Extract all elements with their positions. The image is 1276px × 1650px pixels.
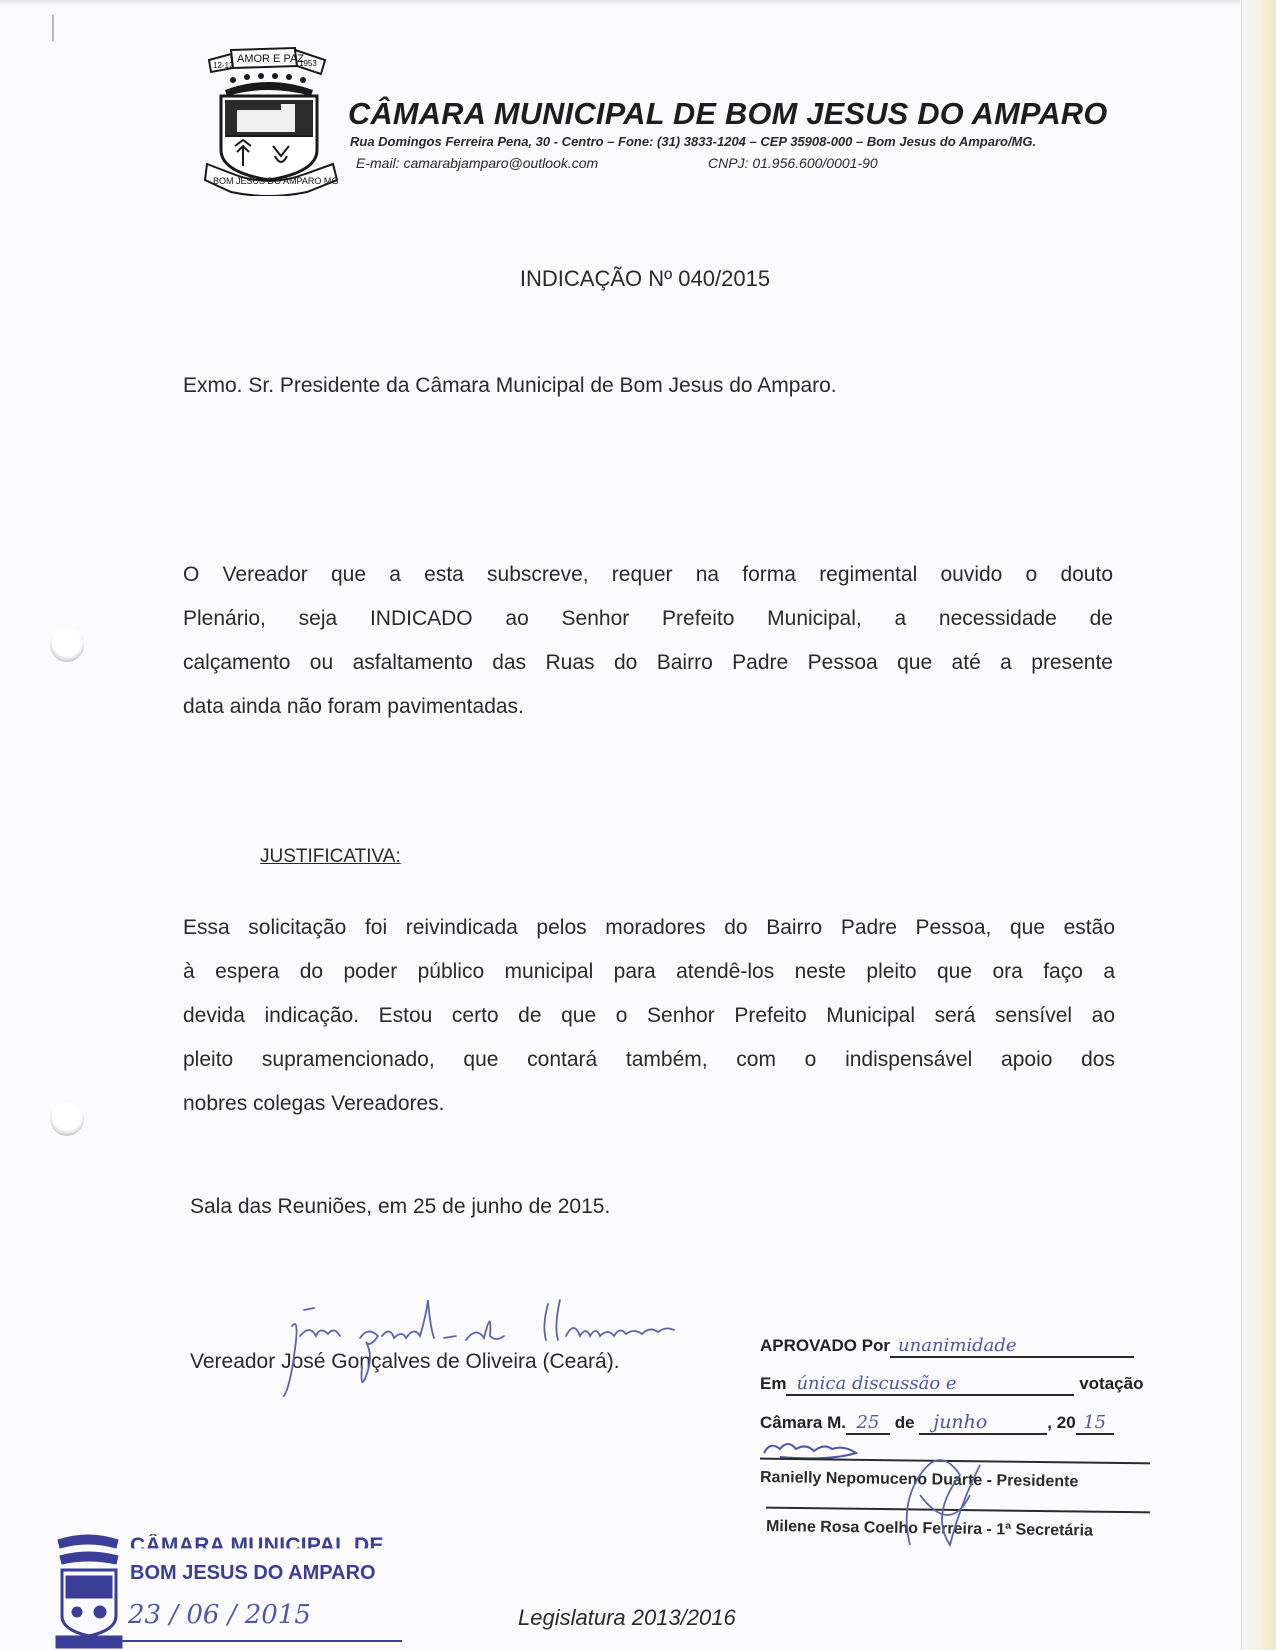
- approved-by-field: unanimidade: [890, 1335, 1134, 1358]
- paragraph-line: O Vereador que a esta subscreve, requer …: [183, 553, 1113, 597]
- secretary-signature-icon: [890, 1445, 1000, 1555]
- svg-text:1953: 1953: [299, 59, 317, 68]
- org-address: Rua Domingos Ferreira Pena, 30 - Centro …: [350, 134, 1036, 149]
- paragraph-line: nobres colegas Vereadores.: [183, 1082, 1115, 1126]
- receipt-stamp-title: CÂMARA MUNICIPAL DE: [130, 1534, 384, 1558]
- receipt-date-underline: [122, 1640, 402, 1642]
- year-field: 15: [1076, 1412, 1114, 1435]
- document-number: INDICAÇÃO Nº 040/2015: [0, 266, 1276, 292]
- svg-text:12-12: 12-12: [213, 61, 234, 70]
- footer-legislatura: Legislatura 2013/2016: [518, 1605, 736, 1631]
- scan-shadow: [0, 0, 1240, 6]
- org-title: CÂMARA MUNICIPAL DE BOM JESUS DO AMPARO: [348, 96, 1108, 132]
- session-row: Emúnica discussão e votação: [760, 1373, 1143, 1396]
- org-cnpj: CNPJ: 01.956.600/0001-90: [708, 155, 878, 171]
- date-row: Câmara M.25 de junho, 2015: [760, 1411, 1114, 1435]
- paragraph-line: devida indicação. Estou certo de que o S…: [183, 994, 1115, 1038]
- approved-by-row: APROVADO Porunanimidade: [760, 1335, 1134, 1358]
- receipt-stamp-date: 23 / 06 / 2015: [128, 1600, 311, 1630]
- justification-heading: JUSTIFICATIVA:: [260, 846, 401, 868]
- receipt-stamp-subtitle: BOM JESUS DO AMPARO: [130, 1562, 376, 1585]
- org-email: E-mail: camarabjamparo@outlook.com: [356, 155, 598, 171]
- page-edge: [1241, 0, 1276, 1650]
- paragraph-line: data ainda não foram pavimentadas.: [183, 685, 1113, 729]
- receipt-stamp-logo-icon: [52, 1530, 127, 1650]
- svg-text:BOM JESUS DO AMPARO MG: BOM JESUS DO AMPARO MG: [213, 176, 338, 186]
- paragraph-line: calçamento ou asfaltamento das Ruas do B…: [183, 641, 1113, 685]
- paragraph-line: Essa solicitação foi reivindicada pelos …: [183, 906, 1115, 950]
- punch-hole: [50, 628, 84, 662]
- paragraph-line: à espera do poder público municipal para…: [183, 950, 1115, 994]
- salutation: Exmo. Sr. Presidente da Câmara Municipal…: [183, 374, 837, 398]
- paragraph-line: Plenário, seja INDICADO ao Senhor Prefei…: [183, 597, 1113, 641]
- justification-paragraph: Essa solicitação foi reivindicada pelos …: [183, 906, 1115, 1126]
- session-field: única discussão e: [786, 1373, 1074, 1396]
- request-paragraph: O Vereador que a esta subscreve, requer …: [183, 553, 1113, 729]
- paragraph-line: pleito supramencionado, que contará tamb…: [183, 1038, 1115, 1082]
- punch-hole: [50, 1102, 84, 1136]
- handwritten-signature-icon: [270, 1296, 710, 1406]
- closing-date-line: Sala das Reuniões, em 25 de junho de 201…: [190, 1195, 610, 1219]
- approval-stamp: APROVADO Porunanimidade Emúnica discussã…: [760, 1335, 1170, 1575]
- day-field: 25: [846, 1412, 890, 1435]
- scan-mark: [52, 15, 54, 41]
- month-field: junho: [919, 1411, 1047, 1435]
- svg-text:AMOR E PAZ: AMOR E PAZ: [237, 53, 304, 65]
- coat-of-arms-logo-icon: 12-12 AMOR E PAZ 1953 BOM JESUS DO AMPAR…: [203, 46, 345, 196]
